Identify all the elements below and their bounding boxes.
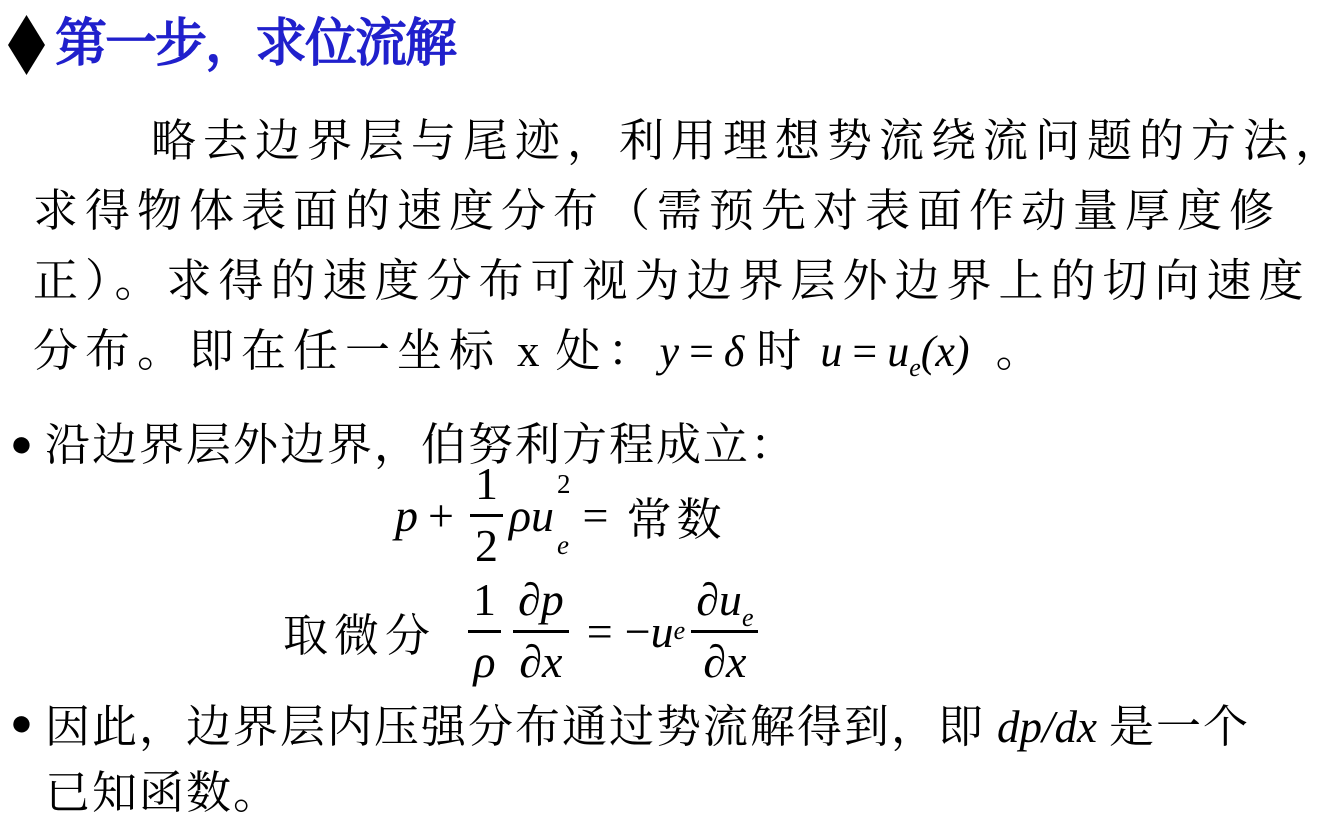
- intro-paragraph: 略去边界层与尾迹，利用理想势流绕流问题的方法， 求得物体表面的速度分布（需预先对…: [33, 106, 1313, 386]
- fraction-numerator: ∂p: [513, 576, 569, 624]
- math-var-delta: δ: [724, 327, 744, 376]
- equals-sign: =: [583, 489, 609, 542]
- paragraph-line: 略去边界层与尾迹，利用理想势流绕流问题的方法，: [33, 106, 1313, 176]
- paragraph-line-math: 分布。即在任一坐标x处：y=δ时u=ue(x)。: [33, 316, 1313, 386]
- constant-label: 常数: [627, 483, 727, 548]
- bernoulli-equation: p + 1 2 ρ u 2 e = 常数: [395, 462, 727, 568]
- equals-sign: =: [587, 605, 613, 658]
- cjk-text: 是一个: [1109, 702, 1250, 752]
- fraction-denominator: ρ: [468, 638, 500, 686]
- math-var-ue: u: [651, 605, 674, 658]
- fraction-denominator: ∂x: [698, 638, 751, 686]
- paragraph-line: 正）。求得的速度分布可视为边界层外边界上的切向速度: [33, 246, 1313, 316]
- math-var-ue: u: [531, 489, 554, 542]
- fraction-numerator: 1: [470, 460, 503, 508]
- fraction-numerator: 1: [468, 576, 501, 624]
- fraction-bar: [513, 630, 569, 633]
- cjk-text: 时: [756, 326, 808, 376]
- superscript-2: 2: [557, 471, 571, 498]
- subscript-e: e: [909, 353, 921, 382]
- fraction-denominator: 2: [470, 522, 503, 570]
- math-args-x: (x): [921, 327, 970, 376]
- math-var-p: p: [395, 489, 418, 542]
- fraction-due-dx: ∂u e ∂x: [691, 576, 758, 686]
- bullet-conclusion: ● 因此，边界层内压强分布通过势流解得到，即dp/dx是一个 已知函数。: [10, 694, 1250, 820]
- conclusion-line-2: 已知函数。: [45, 760, 1250, 820]
- fraction-denominator: ∂x: [514, 638, 567, 686]
- math-var-ue: u: [887, 327, 909, 376]
- diamond-icon: [8, 15, 45, 75]
- differential-equation: 取微分 1 ρ ∂p ∂x = − u e ∂u e ∂x: [283, 570, 764, 692]
- cjk-text: 处：: [556, 326, 660, 376]
- equals-sign: =: [852, 327, 877, 376]
- math-var-y: y: [660, 327, 680, 376]
- cjk-text: 已知函数。: [45, 768, 280, 818]
- fraction-numerator: ∂u e: [691, 576, 758, 624]
- subscript-e: e: [674, 616, 686, 646]
- subscript-e: e: [742, 604, 754, 631]
- math-dp-dx: dp/dx: [997, 702, 1097, 752]
- conclusion-line-1: 因此，边界层内压强分布通过势流解得到，即dp/dx是一个: [45, 694, 1250, 760]
- circle-bullet-icon: ●: [10, 694, 33, 752]
- paragraph-line: 求得物体表面的速度分布（需预先对表面作动量厚度修: [33, 176, 1313, 246]
- cjk-text: 分布。即在任一坐标: [33, 326, 501, 376]
- cjk-period: 。: [996, 326, 1048, 376]
- coordinate-x: x: [517, 326, 540, 376]
- fraction-one-over-rho: 1 ρ: [468, 576, 501, 686]
- bullet-conclusion-text: 因此，边界层内压强分布通过势流解得到，即dp/dx是一个 已知函数。: [45, 694, 1250, 820]
- sup-sub-stack: 2 e: [557, 471, 571, 559]
- lecture-slide: 第一步，求位流解 略去边界层与尾迹，利用理想势流绕流问题的方法， 求得物体表面的…: [0, 0, 1327, 820]
- partial-ue: ∂u: [696, 576, 742, 624]
- fraction-dp-dx: ∂p ∂x: [513, 576, 569, 686]
- cjk-text: 因此，边界层内压强分布通过势流解得到，即: [45, 702, 985, 752]
- slide-title-row: 第一步，求位流解: [8, 10, 455, 80]
- fraction-bar: [468, 630, 501, 633]
- subscript-e: e: [557, 532, 571, 559]
- circle-bullet-icon: ●: [10, 415, 33, 473]
- take-differential-label: 取微分: [283, 599, 436, 664]
- equals-sign: =: [689, 327, 714, 376]
- plus-sign: +: [428, 489, 454, 542]
- math-var-rho: ρ: [509, 489, 531, 542]
- fraction-one-half: 1 2: [470, 460, 503, 570]
- page-title: 第一步，求位流解: [55, 10, 455, 80]
- fraction-bar: [470, 514, 503, 517]
- math-var-u: u: [820, 327, 842, 376]
- minus-sign: −: [625, 605, 651, 658]
